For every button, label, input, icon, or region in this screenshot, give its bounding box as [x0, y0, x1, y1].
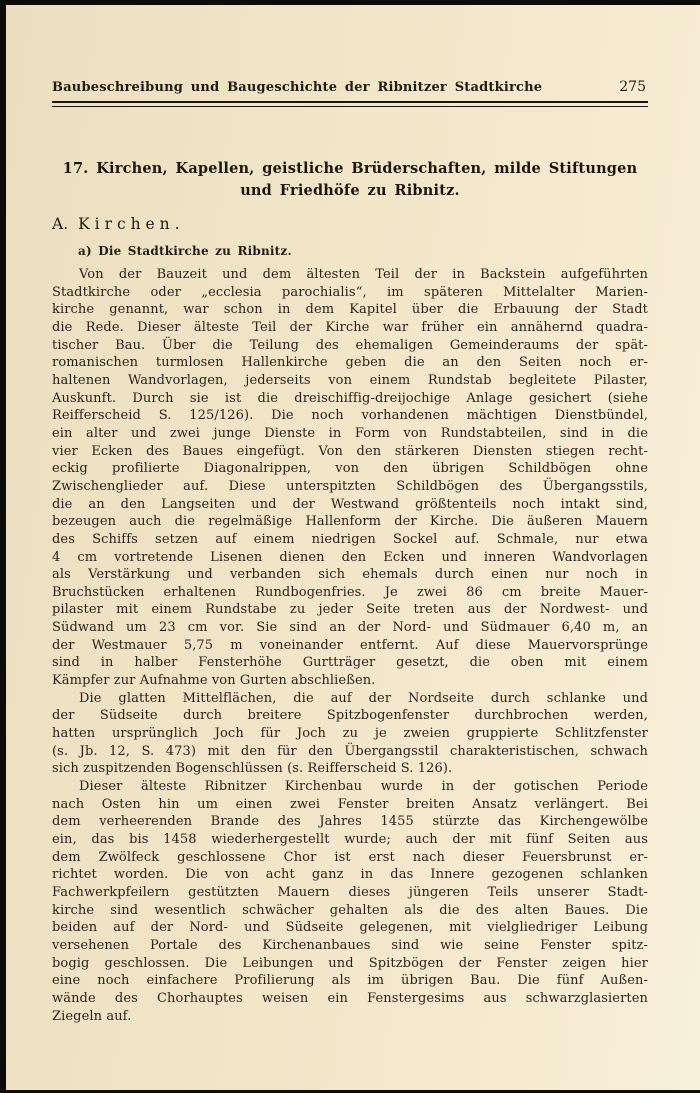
section-label: A. [52, 215, 68, 233]
text-line: bogig geschlossen. Die Leibungen und Spi… [52, 955, 648, 973]
text-line: Die glatten Mittelflächen, die auf der N… [52, 690, 648, 708]
text-line: beiden auf der Nord- und Südseite gelege… [52, 919, 648, 937]
running-header-title: Baubeschreibung und Baugeschichte der Ri… [52, 80, 542, 95]
text-line: Südwand um 23 cm vor. Sie sind an der No… [52, 619, 648, 637]
text-line: Zwischenglieder auf. Diese unterspitzten… [52, 478, 648, 496]
text-line: Auskunft. Durch sie ist die dreischiffig… [52, 390, 648, 408]
text-line: eckig profilierte Diagonalrippen, von de… [52, 460, 648, 478]
text-line: vier Ecken des Baues eingefügt. Von den … [52, 443, 648, 461]
chapter-heading: 17. Kirchen, Kapellen, geistliche Brüder… [52, 158, 648, 201]
paper-page: Baubeschreibung und Baugeschichte der Ri… [6, 5, 700, 1090]
text-line: richtet worden. Die von acht ganz in das… [52, 866, 648, 884]
text-line: die Rede. Dieser älteste Teil der Kirche… [52, 319, 648, 337]
text-line: Kämpfer zur Aufnahme von Gurten abschlie… [52, 672, 648, 690]
text-line: wände des Chorhauptes weisen ein Fenster… [52, 990, 648, 1008]
text-line: Fachwerkpfeilern gestützten Mauern diese… [52, 884, 648, 902]
text-line: 4 cm vortretende Lisenen dienen den Ecke… [52, 549, 648, 567]
text-line: Von der Bauzeit und dem ältesten Teil de… [52, 266, 648, 284]
scanned-book-page: Baubeschreibung und Baugeschichte der Ri… [0, 0, 700, 1093]
paragraph: Von der Bauzeit und dem ältesten Teil de… [52, 266, 648, 690]
text-line: Ziegeln auf. [52, 1008, 648, 1026]
text-line: Reifferscheid S. 125/126). Die noch vorh… [52, 407, 648, 425]
text-line: sich zuspitzenden Bogenschlüssen (s. Rei… [52, 760, 648, 778]
text-line: der Südseite durch breitere Spitzbogenfe… [52, 707, 648, 725]
text-line: versehenen Portale des Kirchenanbaues si… [52, 937, 648, 955]
body-text: Von der Bauzeit und dem ältesten Teil de… [52, 266, 648, 1025]
text-line: kirche sind wesentlich schwächer gehalte… [52, 902, 648, 920]
text-line: eine noch einfachere Profilierung als im… [52, 972, 648, 990]
header-rule [52, 101, 648, 107]
section-heading: A.Kirchen. [52, 215, 648, 233]
chapter-heading-line2: und Friedhöfe zu Ribnitz. [52, 180, 648, 202]
text-line: Dieser älteste Ribnitzer Kirchenbau wurd… [52, 778, 648, 796]
text-line: dem Zwölfeck geschlossene Chor ist erst … [52, 849, 648, 867]
text-line: der Westmauer 5,75 m voneinander entfern… [52, 637, 648, 655]
text-line: ein alter und zwei junge Dienste in Form… [52, 425, 648, 443]
text-line: (s. Jb. 12, S. 473) mit den für den Über… [52, 743, 648, 761]
section-title: Kirchen. [78, 215, 184, 233]
running-header: Baubeschreibung und Baugeschichte der Ri… [52, 79, 648, 95]
text-line: bezeugen auch die regelmäßige Hallenform… [52, 513, 648, 531]
text-line: tischer Bau. Über die Teilung des ehemal… [52, 337, 648, 355]
text-line: ein, das bis 1458 wiederhergestellt wurd… [52, 831, 648, 849]
chapter-heading-line1: 17. Kirchen, Kapellen, geistliche Brüder… [52, 158, 648, 180]
text-line: dem verheerenden Brande des Jahres 1455 … [52, 813, 648, 831]
subsection-heading: a) Die Stadtkirche zu Ribnitz. [52, 244, 648, 258]
text-line: Bruchstücken erhaltenen Rundbogenfries. … [52, 584, 648, 602]
text-line: nach Osten hin um einen zwei Fenster bre… [52, 796, 648, 814]
paragraph: Dieser älteste Ribnitzer Kirchenbau wurd… [52, 778, 648, 1025]
paragraph: Die glatten Mittelflächen, die auf der N… [52, 690, 648, 778]
text-line: Stadtkirche oder „ecclesia parochialis“,… [52, 284, 648, 302]
page-content: Baubeschreibung und Baugeschichte der Ri… [6, 5, 700, 1025]
text-line: haltenen Wandvorlagen, jederseits von ei… [52, 372, 648, 390]
text-line: hatten ursprünglich Joch für Joch zu je … [52, 725, 648, 743]
text-line: als Verstärkung und verbanden sich ehema… [52, 566, 648, 584]
text-line: die an den Langseiten und der Westwand g… [52, 496, 648, 514]
text-line: sind in halber Fensterhöhe Gurtträger ge… [52, 654, 648, 672]
page-number: 275 [619, 79, 648, 95]
text-line: romanischen turmlosen Hallenkirche geben… [52, 354, 648, 372]
text-line: des Schiffs setzen auf einem niedrigen S… [52, 531, 648, 549]
text-line: kirche genannt, war schon in dem Kapitel… [52, 301, 648, 319]
text-line: pilaster mit einem Rundstabe zu jeder Se… [52, 601, 648, 619]
